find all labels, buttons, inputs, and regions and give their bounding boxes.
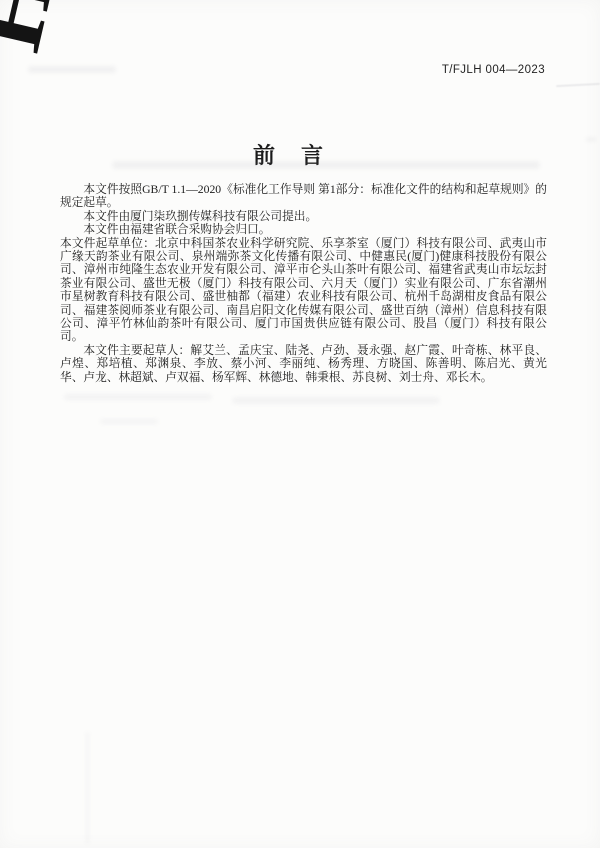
- paragraph-proposed-by: 本文件由厦门柒玖捌传媒科技有限公司提出。: [60, 210, 547, 223]
- scan-artifact: [28, 66, 116, 73]
- scanned-document-page: H T/FJLH 004—2023 前 言 本文件按照GB/T 1.1—2020…: [0, 0, 600, 848]
- document-body: 本文件按照GB/T 1.1—2020《标准化工作导则 第1部分：标准化文件的结构…: [60, 183, 547, 384]
- paragraph-drafting-organizations: 本文件起草单位：北京中科国茶农业科学研究院、乐享茶室（厦门）科技有限公司、武夷山…: [60, 237, 547, 344]
- paragraph-centralized-by: 本文件由福建省联合采购协会归口。: [60, 223, 547, 236]
- page-title: 前 言: [0, 139, 589, 170]
- scan-artifact: [232, 397, 440, 404]
- scan-artifact: [64, 394, 212, 400]
- corner-stamp-letter: H: [0, 0, 71, 59]
- paragraph-drafting-rules: 本文件按照GB/T 1.1—2020《标准化工作导则 第1部分：标准化文件的结构…: [60, 183, 547, 210]
- scan-artifact: [86, 732, 89, 844]
- scan-artifact: [100, 419, 158, 424]
- doc-number: T/FJLH 004—2023: [442, 64, 545, 76]
- paragraph-main-drafters: 本文件主要起草人：解艾兰、孟庆宝、陆尧、卢劲、聂永强、赵广霞、叶奇栋、林平良、卢…: [60, 344, 547, 384]
- scan-artifact: [556, 83, 600, 87]
